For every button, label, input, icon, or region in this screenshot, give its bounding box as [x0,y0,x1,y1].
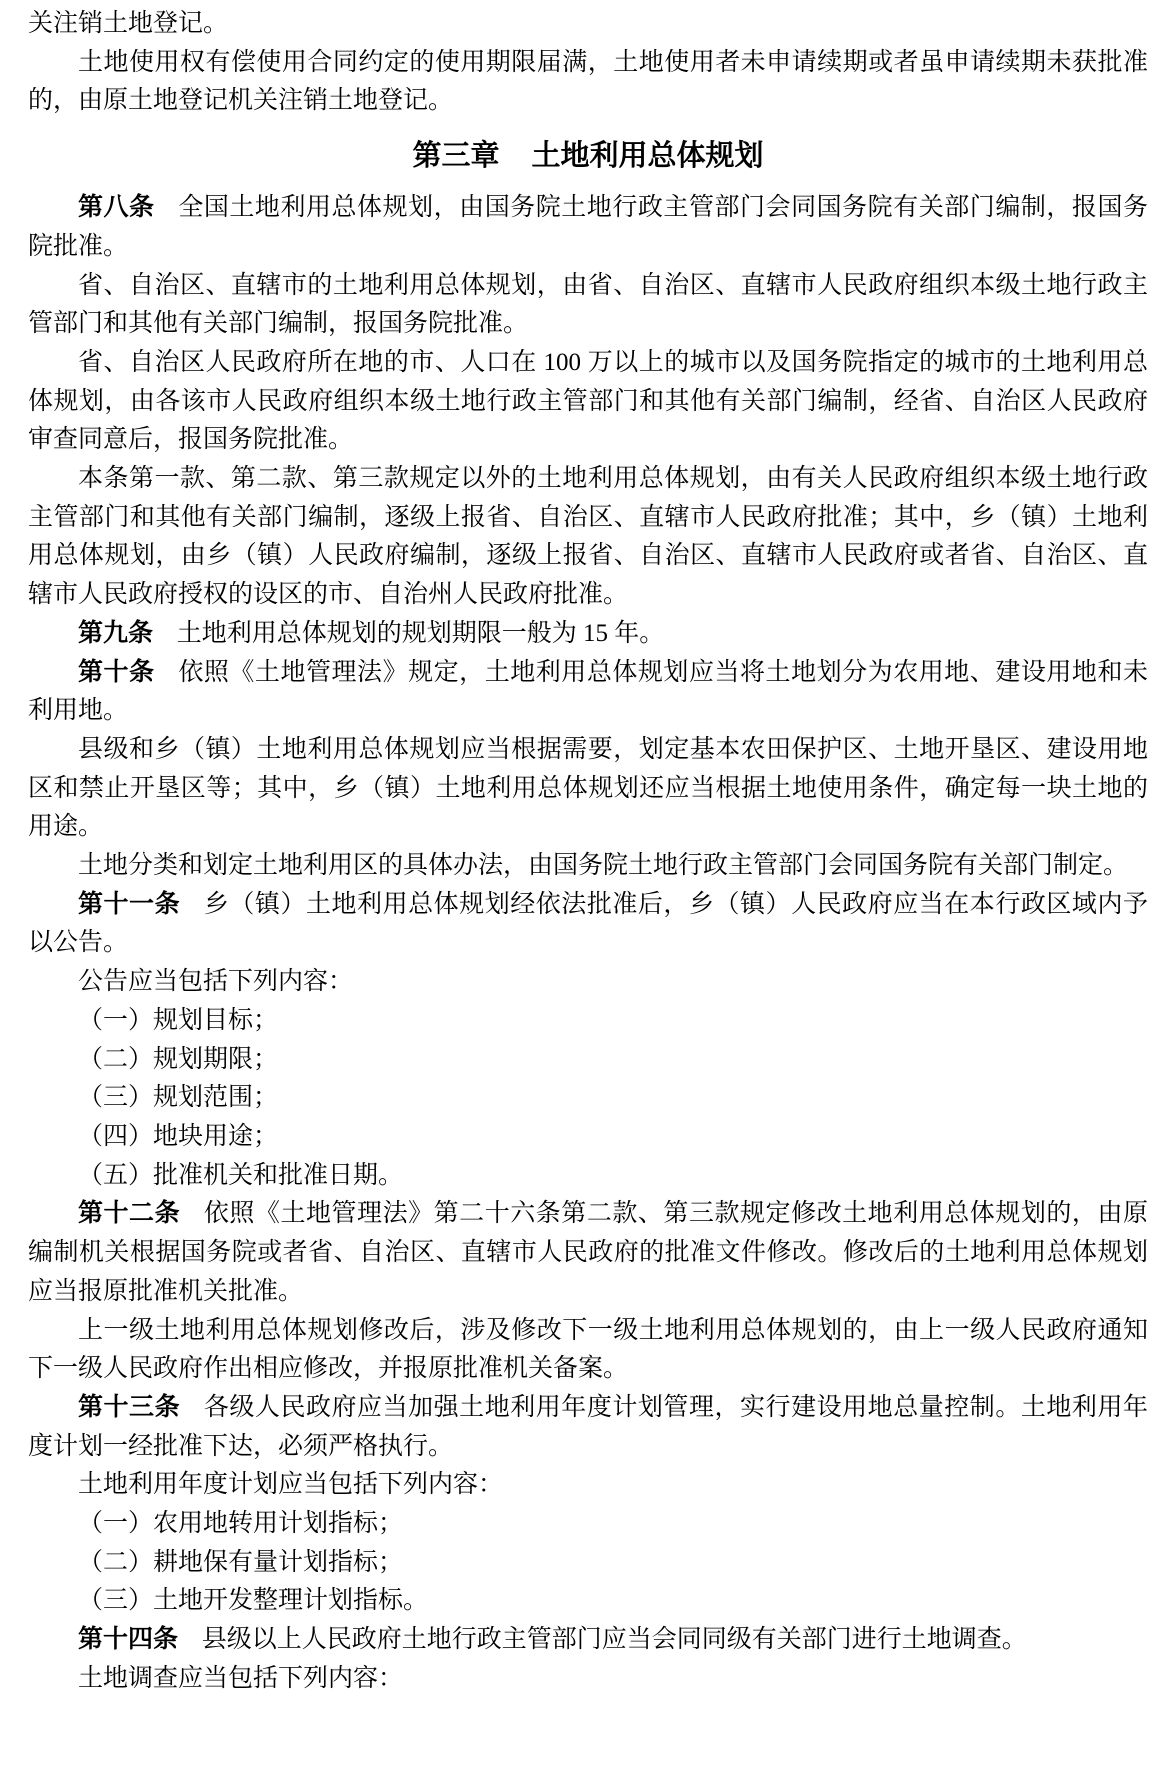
article-text: 各级人民政府应当加强土地利用年度计划管理，实行建设用地总量控制。土地利用年度计划… [28,1394,1148,1460]
article-number: 第十四条 [78,1626,178,1653]
article-number: 第十一条 [78,891,180,918]
paragraph: 本条第一款、第二款、第三款规定以外的土地利用总体规划，由有关人民政府组织本级土地… [28,460,1148,615]
chapter-number: 第三章 [413,140,500,172]
paragraph: 土地调查应当包括下列内容： [28,1660,1148,1699]
article-paragraph: 第十四条县级以上人民政府土地行政主管部门应当会同同级有关部门进行土地调查。 [28,1621,1148,1660]
paragraph: 省、自治区人民政府所在地的市、人口在 100 万以上的城市以及国务院指定的城市的… [28,344,1148,460]
paragraph: 公告应当包括下列内容： [28,963,1148,1002]
chapter-title: 土地利用总体规划 [531,140,763,172]
list-item: （一）农用地转用计划指标； [28,1505,1148,1544]
list-item: （五）批准机关和批准日期。 [28,1157,1148,1196]
paragraph: 土地使用权有偿使用合同约定的使用期限届满，土地使用者未申请续期或者虽申请续期未获… [28,44,1148,121]
article-paragraph: 第十条依照《土地管理法》规定，土地利用总体规划应当将土地划分为农用地、建设用地和… [28,654,1148,731]
article-text: 乡（镇）土地利用总体规划经依法批准后，乡（镇）人民政府应当在本行政区域内予以公告… [28,891,1148,957]
article-paragraph: 第八条全国土地利用总体规划，由国务院土地行政主管部门会同国务院有关部门编制，报国… [28,189,1148,266]
list-item: （二）耕地保有量计划指标； [28,1544,1148,1583]
paragraph: 土地利用年度计划应当包括下列内容： [28,1466,1148,1505]
article-paragraph: 第十二条依照《土地管理法》第二十六条第二款、第三款规定修改土地利用总体规划的，由… [28,1195,1148,1311]
paragraph-continuation: 关注销土地登记。 [28,5,1148,44]
list-item: （一）规划目标； [28,1002,1148,1041]
chapter-heading: 第三章土地利用总体规划 [28,135,1148,177]
article-number: 第九条 [78,620,153,647]
article-text: 土地利用总体规划的规划期限一般为 15 年。 [177,620,665,647]
list-item: （三）土地开发整理计划指标。 [28,1582,1148,1621]
article-paragraph: 第九条土地利用总体规划的规划期限一般为 15 年。 [28,615,1148,654]
article-text: 依照《土地管理法》第二十六条第二款、第三款规定修改土地利用总体规划的，由原编制机… [28,1200,1148,1304]
article-number: 第十三条 [78,1394,180,1421]
list-item: （二）规划期限； [28,1041,1148,1080]
article-number: 第十条 [78,659,155,686]
article-paragraph: 第十三条各级人民政府应当加强土地利用年度计划管理，实行建设用地总量控制。土地利用… [28,1389,1148,1466]
document-page: 关注销土地登记。 土地使用权有偿使用合同约定的使用期限届满，土地使用者未申请续期… [0,0,1176,1768]
article-text: 全国土地利用总体规划，由国务院土地行政主管部门会同国务院有关部门编制，报国务院批… [28,194,1148,260]
list-item: （三）规划范围； [28,1079,1148,1118]
paragraph: 土地分类和划定土地利用区的具体办法，由国务院土地行政主管部门会同国务院有关部门制… [28,847,1148,886]
article-paragraph: 第十一条乡（镇）土地利用总体规划经依法批准后，乡（镇）人民政府应当在本行政区域内… [28,886,1148,963]
article-text: 依照《土地管理法》规定，土地利用总体规划应当将土地划分为农用地、建设用地和未利用… [28,659,1148,725]
article-text: 县级以上人民政府土地行政主管部门应当会同同级有关部门进行土地调查。 [202,1626,1027,1653]
paragraph: 省、自治区、直辖市的土地利用总体规划，由省、自治区、直辖市人民政府组织本级土地行… [28,267,1148,344]
paragraph: 县级和乡（镇）土地利用总体规划应当根据需要，划定基本农田保护区、土地开垦区、建设… [28,731,1148,847]
article-number: 第十二条 [78,1200,180,1227]
article-number: 第八条 [78,194,155,221]
list-item: （四）地块用途； [28,1118,1148,1157]
paragraph: 上一级土地利用总体规划修改后，涉及修改下一级土地利用总体规划的，由上一级人民政府… [28,1312,1148,1389]
